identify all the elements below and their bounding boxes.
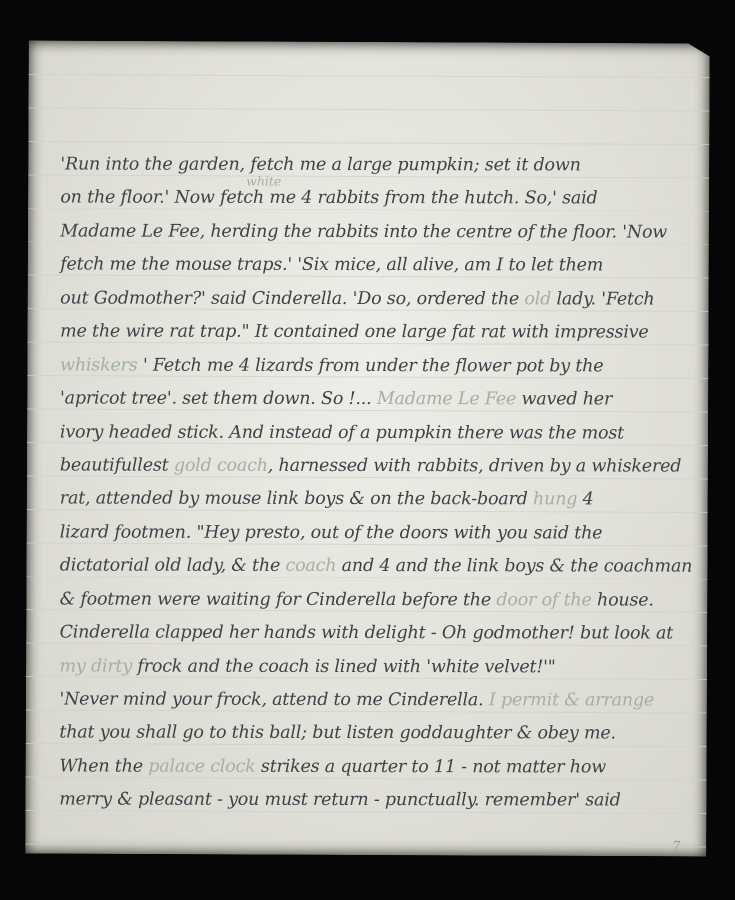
manuscript-text-segment: hung xyxy=(533,490,577,510)
manuscript-text-segment: 'Run into the garden, fetch me a large p… xyxy=(60,154,580,175)
manuscript-line: my dirty frock and the coach is lined wi… xyxy=(59,650,695,685)
manuscript-text-segment: rat, attended by mouse link boys & on th… xyxy=(60,489,533,510)
manuscript-text-segment: Cinderella clapped her hands with deligh… xyxy=(60,623,674,644)
manuscript-line: fetch me the mouse traps.' 'Six mice, al… xyxy=(60,249,696,284)
manuscript-text-segment: me the wire rat trap." It contained one … xyxy=(60,322,649,343)
page-number: 7 xyxy=(672,839,680,854)
manuscript-text-segment: waved her xyxy=(516,389,612,409)
manuscript-text-segment: palace clock xyxy=(148,757,255,777)
manuscript-line: rat, attended by mouse link boys & on th… xyxy=(60,483,696,518)
manuscript-text-segment: ivory headed stick. And instead of a pum… xyxy=(60,422,624,443)
manuscript-line: that you shall go to this ball; but list… xyxy=(59,717,695,752)
manuscript-text-segment: , harnessed with rabbits, driven by a wh… xyxy=(268,456,682,477)
manuscript-line: lizard footmen. "Hey presto, out of the … xyxy=(60,516,696,551)
manuscript-line: me the wire rat trap." It contained one … xyxy=(60,316,696,351)
manuscript-text-segment: Madame Le Fee xyxy=(377,389,516,409)
manuscript-line: dictatorial old lady, & the coach and 4 … xyxy=(60,550,696,585)
manuscript-line: merry & pleasant - you must return - pun… xyxy=(59,784,695,819)
manuscript-text-segment: out Godmother?' said Cinderella. 'Do so,… xyxy=(60,288,524,309)
manuscript-line: whiskers ' Fetch me 4 lizards from under… xyxy=(60,349,696,384)
manuscript-text-segment: beautifullest xyxy=(60,455,174,475)
manuscript-text-segment: 4 xyxy=(577,490,593,510)
manuscript-line: & footmen were waiting for Cinderella be… xyxy=(60,583,696,618)
manuscript-line: 'apricot tree'. set them down. So !... M… xyxy=(60,383,696,418)
manuscript-text-segment: ' Fetch me 4 lizards from under the flow… xyxy=(138,355,604,376)
manuscript-text-segment: house. xyxy=(592,590,654,610)
manuscript-text-segment: merry & pleasant - you must return - pun… xyxy=(59,790,620,811)
manuscript-text-segment: my dirty xyxy=(60,656,133,676)
manuscript-line: 'Never mind your frock, attend to me Cin… xyxy=(59,683,695,718)
manuscript-line: on the floor.' Now fetch me 4 rabbits fr… xyxy=(60,182,696,217)
manuscript-text-segment: and 4 and the link boys & the coachman xyxy=(336,556,692,577)
manuscript-line: When the palace clock strikes a quarter … xyxy=(59,750,695,785)
manuscript-text-segment: & footmen were waiting for Cinderella be… xyxy=(60,589,497,610)
manuscript-line: 'Run into the garden, fetch me a large p… xyxy=(60,148,696,183)
manuscript-text-segment: frock and the coach is lined with 'white… xyxy=(132,656,556,677)
manuscript-line: ivory headed stick. And instead of a pum… xyxy=(60,416,696,451)
manuscript-text-segment: door of the xyxy=(496,590,591,610)
manuscript-text-segment: I permit & arrange xyxy=(489,690,654,710)
manuscript-text-segment: gold coach xyxy=(174,456,268,476)
manuscript-page: 'Run into the garden, fetch me a large p… xyxy=(25,41,710,857)
manuscript-text-segment: When the xyxy=(59,756,148,776)
manuscript-text-segment: old xyxy=(524,289,551,309)
manuscript-text-segment: lizard footmen. "Hey presto, out of the … xyxy=(60,522,603,543)
manuscript-text-segment: Madame Le Fee, herding the rabbits into … xyxy=(60,221,667,242)
manuscript-text-segment: dictatorial old lady, & the xyxy=(60,556,286,576)
manuscript-text-segment: on the floor.' Now fetch me 4 rabbits fr… xyxy=(60,188,597,209)
photograph-background: 'Run into the garden, fetch me a large p… xyxy=(0,0,735,900)
manuscript-text-segment: strikes a quarter to 11 - not matter how xyxy=(256,757,606,778)
manuscript-text-segment: whiskers xyxy=(60,355,138,375)
manuscript-line: beautifullest gold coach, harnessed with… xyxy=(60,449,696,484)
manuscript-text-segment: coach xyxy=(285,556,336,576)
manuscript-line: Madame Le Fee, herding the rabbits into … xyxy=(60,215,696,250)
manuscript-text-segment: 'apricot tree'. set them down. So !... xyxy=(60,389,377,410)
inserted-word: white xyxy=(246,173,281,188)
manuscript-text-segment: fetch me the mouse traps.' 'Six mice, al… xyxy=(60,255,603,276)
manuscript-line: Cinderella clapped her hands with deligh… xyxy=(60,617,696,652)
manuscript-text-segment: that you shall go to this ball; but list… xyxy=(59,723,616,744)
manuscript-lines: 'Run into the garden, fetch me a large p… xyxy=(59,148,696,818)
manuscript-line: out Godmother?' said Cinderella. 'Do so,… xyxy=(60,282,696,317)
manuscript-text-segment: 'Never mind your frock, attend to me Cin… xyxy=(59,689,488,710)
manuscript-text-segment: lady. 'Fetch xyxy=(551,289,654,309)
